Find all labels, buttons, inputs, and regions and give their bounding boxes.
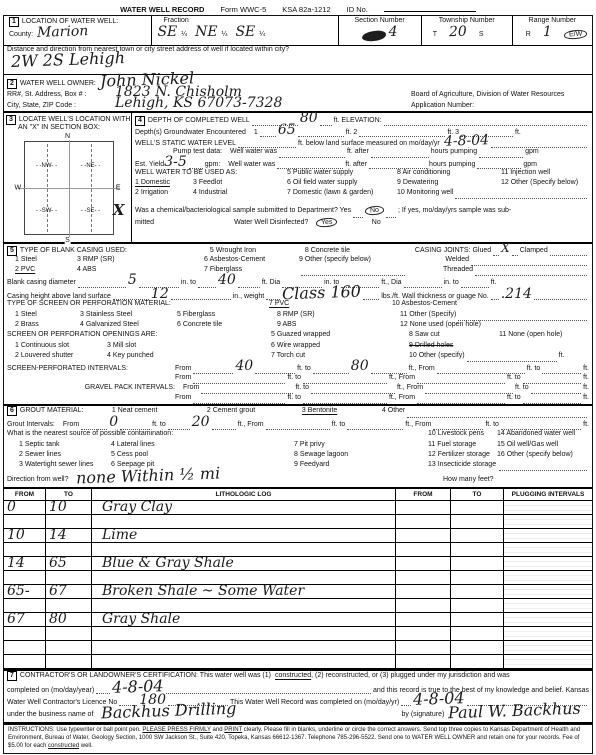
table-header-row: FROM TO LITHOLOGIC LOG FROM TO PLUGGING … [4,489,592,501]
opening-option: 5 Guazed wrapped [271,331,409,338]
blank-line [347,422,403,430]
screen-option: 6 Concrete tile [177,321,277,328]
hours-pumping: hours pumping [429,161,475,168]
nw-quarter-label: - -NW- - [36,163,57,169]
contamination-option: 5 Cess pool [111,451,294,458]
blank-line [542,366,581,374]
screen-option: 11 Other (Specify) [400,311,456,318]
use-option: 3 Feedlot [193,179,287,186]
township-s: S [479,31,484,38]
county-value: Marion [37,27,89,38]
log-to [46,627,92,641]
wall-thickness-label: lbs./ft. Wall thickness or guage No. [381,293,489,300]
certification-text-3: and this record is true to the best of m… [373,687,589,694]
screen-option: 2 Brass [15,321,80,328]
instructions-constructed: constructed [48,743,79,749]
plug-text [504,641,592,655]
blank-line [171,292,231,300]
instructions-text: well. [79,743,93,749]
contamination-option: 4 Lateral lines [111,441,294,448]
gravel-pack-label: GRAVEL PACK INTERVALS: [7,384,183,391]
log-to: 65 [46,557,92,571]
use-option: 2 Irrigation [135,189,193,196]
blank-line [491,140,587,148]
blank-line [166,686,371,694]
log-text: Gray Shale [92,613,396,627]
lithologic-log-table: FROM TO LITHOLOGIC LOG FROM TO PLUGGING … [4,489,592,671]
contamination-option: 7 Pit privy [294,441,428,448]
casing-option: 8 Concrete tile [305,247,415,254]
blank-line [120,422,150,430]
signature-label: by (signature) [402,711,445,718]
township-value: 20 [449,28,467,38]
plug-text [504,585,592,599]
township-label: Township Number [439,17,495,24]
grout-title: GROUT MATERIAL: [20,407,112,414]
log-from: 67 [4,613,46,627]
section5-number: 5 [7,246,17,256]
blank-line [371,366,407,374]
instructions-text: and [211,727,224,733]
col-header-plugging-intervals: PLUGGING INTERVALS [504,489,592,501]
blank-line [433,422,483,430]
plug-to [451,571,504,585]
contamination-option: 15 Oil well/Gas well [497,441,558,448]
plug-from [396,641,451,655]
sample-question-wrap: mitted [135,219,154,226]
blank-line [198,280,216,288]
ft-from-label: ft., From [405,421,431,428]
contamination-option: 1 Septic tank [19,441,111,448]
static-level-label: WELL'S STATIC WATER LEVEL [135,140,236,147]
ft-label: ft. [583,365,589,372]
blank-line [458,313,587,321]
ft-label: ft. [583,384,589,391]
application-number-label: Application Number: [411,102,589,109]
ft-from-label: ft., From [409,365,435,372]
blank-line [550,248,587,256]
form-title-bar: WATER WELL RECORD Form WWC-5 KSA 82a-121… [3,3,593,15]
section3-4-band: 3LOCATE WELL'S LOCATION WITH AN "X" IN S… [4,113,592,244]
section3-title-line2: AN "X" IN SECTION BOX: [18,124,100,131]
instructions-press-firmly: PLEASE PRESS FIRMLY [142,727,210,733]
joints-glued-x: X [501,244,510,252]
blank-line [425,386,513,394]
blank-line [277,161,343,169]
blank-line [363,292,379,300]
screen-interval-to: 80 [351,362,369,371]
opening-option: 8 Saw cut [409,331,499,338]
static-level-text: ft. below land surface measured on mo/da… [298,140,440,147]
section-box-diagram: - -NW- - - -NE- - - -SW- - - -SE- - X N … [16,136,120,240]
quarter-dash-line [47,144,48,232]
col-header-from: FROM [396,489,451,501]
disinfected-yes-circled: Yes [316,217,338,227]
blank-line [113,292,149,300]
id-number-blank [384,3,476,12]
log-to: 14 [46,529,92,543]
contamination-option: 12 Fertilizer storage [428,451,497,458]
id-number-label: ID No. [347,5,368,14]
log-text [92,515,396,529]
range-label: Range Number [529,17,576,24]
blank-line [512,248,518,256]
contamination-option: 2 Sewer lines [19,451,111,458]
water-well-record-form: WATER WELL RECORD Form WWC-5 KSA 82a-121… [0,0,596,755]
quarter-dash-line [91,144,92,232]
col-header-to: TO [451,489,504,501]
fraction-1: SE [157,28,177,37]
ne-quarter-label: - -NE- - [81,163,101,169]
ft-from-label: ft., From [397,384,423,391]
screen-option-selected: 7 PVC [269,300,392,307]
casing-depth-value: 40 [218,276,236,285]
business-name-value: Backhus Drilling [101,704,237,719]
contamination-option: 13 Insecticide storage [428,461,497,468]
direction-label: Direction from well? [7,476,68,483]
use-option: 6 Oil field water supply [287,179,397,186]
screen-option: 3 Stainless Steel [80,311,177,318]
ft-to-label: ft. to [287,394,301,401]
quarter-glyph: ¼ [222,31,228,38]
plug-to [451,613,504,627]
blank-line [311,386,395,394]
depth-completed-label: DEPTH OF COMPLETED WELL [148,117,250,124]
plug-to [451,515,504,529]
blank-line [467,354,557,362]
plug-to [451,655,504,669]
east-west-line [18,188,120,189]
log-from: 65- [4,585,46,599]
casing-diameter-label: Blank casing diameter [7,279,76,286]
fraction-label: Fraction [163,17,188,24]
range-value: 1 [543,28,552,37]
plug-text [504,599,592,613]
record-completed-label: This Water Well Record was completed on … [230,699,399,706]
table-row: 1014Lime [4,529,592,543]
screen-material-title: TYPE OF SCREEN OR PERFORATION MATERIAL: [7,300,269,307]
screen-option: 9 ABS [277,321,400,328]
screen-option: 8 RMP (SR) [277,311,400,318]
plug-to [451,585,504,599]
opening-option: 11 None (open hole) [499,331,562,338]
statute-ref: KSA 82a-1212 [282,5,330,14]
blank-line [404,280,442,288]
ft-label: ft. [559,352,565,359]
section5-title: TYPE OF BLANK CASING USED: [20,247,210,254]
section-square: - -NW- - - -NE- - - -SW- - - -SE- - X [24,141,114,235]
blank-line [534,292,587,300]
opening-option: 6 Wire wrapped [271,342,409,349]
blank-line [193,366,233,374]
section-number-label: Section Number [355,17,405,24]
blank-line [266,292,280,300]
table-row [4,641,592,655]
joints-welded-label: Welded [409,256,469,263]
township-t: T [433,31,437,38]
blank-line [437,366,525,374]
table-row [4,515,592,529]
plug-to [451,557,504,571]
section4-number: 4 [135,116,145,126]
section6-number: 6 [7,406,17,416]
grout-option: 4 Other [382,407,405,414]
table-row [4,543,592,557]
casing-option: 3 RMP (SR) [77,256,204,263]
grout-from-value: 0 [109,418,118,427]
contamination-option: 8 Sewage lagoon [294,451,428,458]
joints-threaded-label: Threaded [407,266,473,273]
opening-option: 7 Torch cut [271,352,409,359]
section3-locate-box: 3LOCATE WELL'S LOCATION WITH AN "X" IN S… [4,113,132,242]
blank-line [189,161,203,169]
how-many-feet-label: How many feet? [443,476,589,483]
address-label: RR#, St. Address, Box # : [7,91,115,98]
west-label: W [15,185,22,192]
county-label: County: [9,31,33,38]
blank-line [471,258,587,266]
log-from [4,627,46,641]
depth-completed-value: 80 [300,114,318,123]
grout-to-value: 20 [192,418,210,427]
ft-label: ft. [583,421,589,428]
casing-option: 1 Steel [15,256,77,263]
plug-from [396,585,451,599]
section-number-cell: Section Number 4 [339,16,422,45]
est-yield-value: 3-5 [164,158,187,167]
plug-to [451,627,504,641]
constructed-underlined: constructed [275,672,311,679]
well-water-was: Well water was [230,148,277,155]
openings-title: SCREEN OR PERFORATION OPENINGS ARE: [7,331,271,338]
blank-line [298,129,344,137]
opening-option: 2 Louvered shutter [15,352,107,359]
blank-line [501,422,581,430]
log-to: 10 [46,501,92,515]
blank-line [479,150,523,158]
use-option: 7 Domestic (lawn & garden) [287,189,397,196]
range-r: R [526,31,531,38]
log-text: Blue & Gray Shale [92,557,396,571]
blank-line [238,280,260,288]
disinfected-no: No [372,219,381,226]
quarter-glyph: ¼ [181,31,187,38]
north-label: N [64,133,71,140]
blank-line [96,686,110,694]
from-label: From [175,394,191,401]
plug-text [504,627,592,641]
plug-text [504,557,592,571]
log-text: Gray Clay [92,501,396,515]
plug-to [451,641,504,655]
blank-line [168,422,190,430]
blank-line [523,376,582,384]
township-cell: Township Number T20S [422,16,513,45]
blank-line [313,366,349,374]
blank-line [371,150,429,158]
ft-to-label: ft. to [485,421,499,428]
section4-well-data: 4DEPTH OF COMPLETED WELL80ft. ELEVATION:… [132,113,592,242]
log-to [46,641,92,655]
blank-line [417,396,505,404]
screen-option: 4 Galvanized Steel [80,321,177,328]
section7-certification: 7CONTRACTOR'S OR LANDOWNER'S CERTIFICATI… [4,671,592,724]
ft-to-label: ft. to [515,384,529,391]
plug-from [396,557,451,571]
log-from [4,641,46,655]
blank-line [531,386,582,394]
use-option-selected: 1 Domestic [135,179,193,186]
east-label: E [116,185,121,192]
sample-question-rest: ; If yes, mo/day/yrs sample was sub- [398,207,511,214]
ft-to-label: ft. to [152,421,166,428]
plug-from [396,571,451,585]
signature-value: Paul W. Backhus [448,704,581,719]
range-cell: Range Number R1E/W [513,16,592,45]
blank-line [407,410,587,418]
ft-from-label: ft., From [389,374,415,381]
well-location-x-mark: X [113,201,125,219]
blank-line [212,422,236,430]
ft-to-label: ft. to [332,421,346,428]
blank-line [359,129,445,137]
gpm-label: gpm [523,161,537,168]
plug-from [396,543,451,557]
casing-height-value: 12 [151,290,169,299]
certification-text-2: , (2) reconstructed, or (3) plugged unde… [311,672,509,679]
fraction-cell: Fraction SE¼ NE¼ SE¼ [152,16,338,45]
log-to [46,655,92,669]
table-row: 1465Blue & Gray Shale [4,557,592,571]
casing-option: 4 ABS [77,266,204,273]
completed-on-label: completed on (mo/day/year) [7,687,94,694]
form-body: 1LOCATION OF WATER WELL: County:Marion F… [3,15,593,754]
use-option: 9 Dewatering [397,179,501,186]
opening-option: 1 Continuous slot [15,342,107,349]
opening-option: 10 Other (specify) [409,352,465,359]
plug-from [396,655,451,669]
screen-option: 12 None used (open hole) [400,321,481,328]
gw-1: 1 [254,129,258,136]
casing-diameter-value: 5 [128,276,137,285]
contamination-option: 16 Other (specify below) [497,451,573,458]
log-from: 0 [4,501,46,515]
plug-to [451,543,504,557]
contamination-option: 14 Abandoned water well [497,430,575,437]
contamination-label: What is the nearest source of possible c… [7,430,428,437]
range-east-circled: E/W [564,29,588,39]
blank-line [475,268,587,276]
ft-to-label: ft. to [507,374,521,381]
ft-label: ft. [515,129,521,136]
elevation-label: ft. ELEVATION: [334,117,382,124]
casing-option: 5 Wrought Iron [210,247,305,254]
ft-dia-label: ft. Dia [262,279,280,286]
plug-from [396,627,451,641]
casing-option: 6 Asbestos-Cement [204,256,299,263]
se-quarter-label: - -SE- - [81,208,100,214]
groundwater-depth-1: 65 [278,126,296,135]
ink-scribble [361,30,386,42]
direction-value: none Within ½ mi [76,468,220,483]
plug-from [396,529,451,543]
table-row: 010Gray Clay [4,501,592,515]
opening-option: 3 Mill slot [107,342,271,349]
blank-line [301,268,405,276]
quarter-glyph: ¼ [259,31,265,38]
casing-height-label: Casing height above land surface [7,293,111,300]
ft-dia-label: ft., Dia [381,279,401,286]
use-option: 8 Air conditioning [397,169,501,176]
table-row: 65-67Broken Shale ~ Some Water [4,585,592,599]
log-text: Lime [92,529,396,543]
contamination-option: 10 Livestock pens [428,430,497,437]
blank-line [461,280,489,288]
instructions-text: INSTRUCTIONS: Use typewriter or ball poi… [8,727,142,733]
blank-line [81,422,107,430]
sample-no-circled: No [365,206,384,216]
casing-option-selected: 2 PVC [15,266,77,273]
instructions-block: INSTRUCTIONS: Use typewriter or ball poi… [4,724,592,753]
from-label: From [183,384,199,391]
well-water-was: Well water was [228,161,275,168]
blank-line [255,366,295,374]
blank-line [499,463,587,471]
grout-intervals-label: Grout Intervals: [7,421,55,428]
blank-line [193,396,285,404]
disinfected-label: Water Well Disinfected? [234,219,308,226]
opening-option-struck: 9 Drilled holes [409,342,453,349]
joints-clamped-label: Clamped [520,247,548,254]
form-number: Form WWC-5 [220,5,266,14]
gauge-value: .214 [501,290,532,299]
ft-to-label: ft. to [527,365,541,372]
section1-location: 1LOCATION OF WATER WELL: County:Marion F… [4,16,592,46]
blank-line [384,118,587,126]
table-row [4,627,592,641]
blank-line [193,376,285,384]
owner-title: WATER WELL OWNER: [20,80,96,87]
ft-after: ft. after [345,161,367,168]
table-row [4,599,592,613]
plug-from [396,613,451,627]
south-label: S [64,237,71,244]
log-text [92,641,396,655]
ft-label: ft. [491,279,497,286]
section5-casing: 5TYPE OF BLANK CASING USED:5 Wrought Iro… [4,244,592,406]
gpm-label: gpm [525,148,539,155]
ft-to-label: ft. to [297,365,311,372]
use-option: 5 Public water supply [287,169,397,176]
ft-after: ft. after [347,148,369,155]
log-text [92,655,396,669]
from-label: From [175,365,191,372]
blank-line [266,422,330,430]
fraction-2: NE [195,28,217,37]
grout-option: 2 Cement grout [207,407,302,414]
blank-line [493,248,499,256]
blank-line [353,210,363,218]
plug-text [504,571,592,585]
plug-from [396,501,451,515]
contamination-option: 11 Fuel storage [428,441,497,448]
plug-from [396,515,451,529]
casing-option: 9 Other (specify below) [299,256,409,263]
casing-weight-value: Class 160 [282,287,361,300]
blank-line [78,280,126,288]
use-option: 11 Injection well [501,169,550,176]
sample-question: Was a chemical/bacteriological sample su… [135,207,351,214]
